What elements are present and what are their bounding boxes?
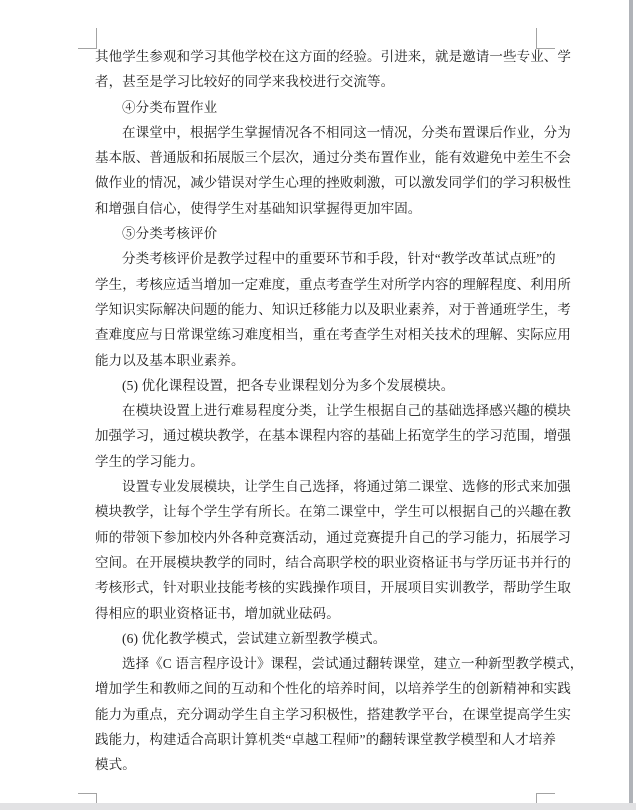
text-line: 得相应的职业资格证书，增加就业砝码。 [95,601,557,626]
text-line: 其他学生参观和学习其他学校在这方面的经验。引进来，就是邀请一些专业、学 [95,44,557,69]
text-line: 基本版、普通版和拓展版三个层次，通过分类布置作业，能有效避免中差生不会 [95,145,557,170]
text-line: (5) 优化课程设置，把各专业课程划分为多个发展模块。 [95,373,557,398]
text-line: 在课堂中，根据学生掌握情况各不相同这一情况，分类布置课后作业，分为 [95,120,557,145]
page-right-edge-line [629,0,633,803]
text-line: 分类考核评价是教学过程中的重要环节和手段，针对“教学改革试点班”的 [95,246,557,271]
text-line: 学生，考核应适当增加一定难度，重点考查学生对所学内容的理解程度、利用所 [95,272,557,297]
text-line: 践能力，构建适合高职计算机类“卓越工程师”的翻转课堂教学模型和人才培养 [95,727,557,752]
text-line: 和增强自信心，使得学生对基础知识掌握得更加牢固。 [95,196,557,221]
text-line: 加强学习，通过模块教学，在基本课程内容的基础上拓宽学生的学习范围，增强 [95,423,557,448]
text-line: 做作业的情况，减少错误对学生心理的挫败刺激，可以激发同学们的学习积极性 [95,170,557,195]
text-line: 者，甚至是学习比较好的同学来我校进行交流等。 [95,69,557,94]
text-line: ⑤分类考核评价 [95,221,557,246]
text-line: 能力为重点，充分调动学生自主学习积极性，搭建教学平台，在课堂提高学生实 [95,702,557,727]
text-line: (6) 优化教学模式，尝试建立新型教学模式。 [95,626,557,651]
text-line: 考核形式，针对职业技能考核的实践操作项目，开展项目实训教学，帮助学生取 [95,575,557,600]
text-line: 查难度应与日常课堂练习难度相当，重在考查学生对相关技术的理解、实际应用 [95,322,557,347]
text-line: 在模块设置上进行难易程度分类，让学生根据自己的基础选择感兴趣的模块 [95,398,557,423]
text-line: 学知识实际解决问题的能力、知识迁移能力以及职业素养，对于普通班学生，考 [95,297,557,322]
text-line: 增加学生和教师之间的互动和个性化的培养时间，以培养学生的创新精神和实践 [95,676,557,701]
text-line: 设置专业发展模块，让学生自己选择，将通过第二课堂、选修的形式来加强 [95,474,557,499]
document-text: 其他学生参观和学习其他学校在这方面的经验。引进来，就是邀请一些专业、学者，甚至是… [95,44,557,778]
page-bottom-gap [0,803,636,810]
text-line: 模式。 [95,752,557,777]
text-line: ④分类布置作业 [95,95,557,120]
text-line: 模块教学，让每个学生学有所长。在第二课堂中，学生可以根据自己的兴趣在教 [95,499,557,524]
text-line: 空间。在开展模块教学的同时，结合高职学校的职业资格证书与学历证书并行的 [95,550,557,575]
text-line: 学生的学习能力。 [95,449,557,474]
text-line: 师的带领下参加校内外各种竞赛活动，通过竞赛提升自己的学习能力，拓展学习 [95,525,557,550]
text-line: 选择《C 语言程序设计》课程，尝试通过翻转课堂，建立一种新型教学模式， [95,651,557,676]
text-line: 能力以及基本职业素养。 [95,348,557,373]
document-page: 其他学生参观和学习其他学校在这方面的经验。引进来，就是邀请一些专业、学者，甚至是… [0,0,636,810]
